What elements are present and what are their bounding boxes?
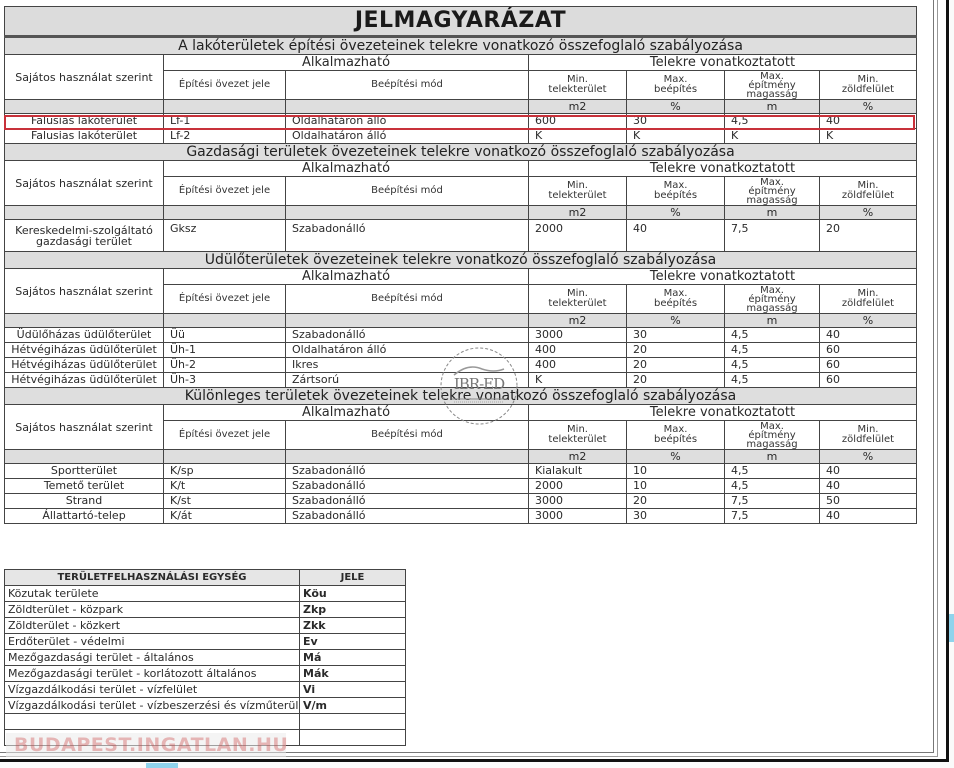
header-own-use-line: Sajátos használat szerint	[15, 285, 152, 298]
cell-max-height: 7,5	[725, 509, 820, 524]
header-min-plot: Min.telekterület	[529, 71, 627, 100]
legend-code	[300, 714, 406, 730]
cell-min-plot: 400	[529, 343, 627, 358]
table-row: Kereskedelmi-szolgáltató gazdasági terül…	[5, 220, 917, 252]
cell-max-build: 20	[627, 358, 725, 373]
cell-max-height: K	[725, 129, 820, 144]
legend-code: V/m	[300, 698, 406, 714]
cell-use: Temető terület	[5, 479, 164, 494]
legend-code: Mák	[300, 666, 406, 682]
legend-unit: Vízgazdálkodási terület - vízfelület	[5, 682, 300, 698]
header-max-height-line: magasság	[746, 439, 797, 450]
legend-code: Köu	[300, 586, 406, 602]
header-plot-related: Telekre vonatkoztatott	[529, 55, 917, 71]
header-max-build: Max.beépítés	[627, 421, 725, 450]
cell-max-build: 40	[627, 220, 725, 252]
legend-row: Zöldterület - közkertZkk	[5, 618, 406, 634]
cell-max-build: 20	[627, 494, 725, 509]
units-blank	[5, 206, 164, 220]
legend-unit: Zöldterület - közkert	[5, 618, 300, 634]
watermark-text: BUDAPEST.INGATLAN.HU	[14, 734, 288, 756]
cell-min-plot: 2000	[529, 479, 627, 494]
legend-code	[300, 730, 406, 746]
header-applicable: Alkalmazható	[164, 161, 529, 177]
cell-use: Strand	[5, 494, 164, 509]
legend-unit: Zöldterület - közpark	[5, 602, 300, 618]
legend-unit: Mezőgazdasági terület - korlátozott álta…	[5, 666, 300, 682]
cell-min-green: 50	[820, 494, 917, 509]
cell-max-build: K	[627, 129, 725, 144]
cell-min-plot: 3000	[529, 494, 627, 509]
cell-min-green: 40	[820, 114, 917, 129]
unit-plot: m2	[529, 100, 627, 114]
cell-use: Sportterület	[5, 464, 164, 479]
map-fragment-blue-bottom	[146, 763, 178, 768]
header-zone-code: Építési övezet jele	[164, 421, 286, 450]
header-own-use-line: Sajátos használat szerint	[15, 177, 152, 190]
header-max-height: Max.építménymagasság	[725, 71, 820, 100]
page-right-strip	[950, 0, 954, 768]
cell-max-build: 30	[627, 114, 725, 129]
cell-min-plot: Kialakult	[529, 464, 627, 479]
units-blank	[164, 206, 286, 220]
header-min-green: Min.zöldfelület	[820, 421, 917, 450]
unit-height: m	[725, 450, 820, 464]
legend-code: Zkp	[300, 602, 406, 618]
units-blank	[164, 314, 286, 328]
table-row: StrandK/stSzabadonálló3000207,550	[5, 494, 917, 509]
legend-header-code: JELE	[300, 570, 406, 586]
cell-min-green: 60	[820, 373, 917, 388]
cell-zone-code: K/st	[164, 494, 286, 509]
cell-min-green: 40	[820, 328, 917, 343]
header-plot-related: Telekre vonatkoztatott	[529, 269, 917, 285]
header-min-green: Min.zöldfelület	[820, 177, 917, 206]
cell-use: Állattartó-telep	[5, 509, 164, 524]
cell-min-green: 20	[820, 220, 917, 252]
header-max-build: Max.beépítés	[627, 285, 725, 314]
cell-use: Hétvégiházas üdülőterület	[5, 343, 164, 358]
table-row: Falusias lakóterületLf-1Oldalhatáron áll…	[5, 114, 917, 129]
header-build-mode: Beépítési mód	[286, 177, 529, 206]
cell-min-plot: 2000	[529, 220, 627, 252]
header-max-build-line: beépítés	[654, 84, 697, 95]
header-own-use: Sajátos használat szerint	[5, 55, 164, 100]
header-own-use-line: Sajátos használat szerint	[15, 71, 152, 84]
unit-plot: m2	[529, 206, 627, 220]
units-blank	[5, 450, 164, 464]
section-title: A lakóterületek építési övezeteinek tele…	[5, 37, 917, 55]
unit-green: %	[820, 450, 917, 464]
unit-build: %	[627, 206, 725, 220]
header-applicable: Alkalmazható	[164, 55, 529, 71]
header-min-plot-line: telekterület	[548, 84, 606, 95]
unit-build: %	[627, 314, 725, 328]
cell-max-build: 20	[627, 373, 725, 388]
cell-max-build: 30	[627, 509, 725, 524]
cell-min-plot: 400	[529, 358, 627, 373]
header-max-build-line: beépítés	[654, 434, 697, 445]
header-min-plot: Min.telekterület	[529, 421, 627, 450]
cell-use: Falusias lakóterület	[5, 114, 164, 129]
header-max-height-line: magasság	[746, 195, 797, 206]
unit-height: m	[725, 206, 820, 220]
cell-min-green: 40	[820, 509, 917, 524]
section-title: Üdülőterületek övezeteinek telekre vonat…	[5, 252, 917, 269]
cell-min-plot: 3000	[529, 509, 627, 524]
legend-code: Ev	[300, 634, 406, 650]
header-max-height-line: magasság	[746, 303, 797, 314]
cell-build-mode: Szabadonálló	[286, 328, 529, 343]
cell-min-plot: K	[529, 373, 627, 388]
units-blank	[286, 100, 529, 114]
legend-unit: Erdőterület - védelmi	[5, 634, 300, 650]
cell-zone-code: Lf-1	[164, 114, 286, 129]
cell-use: Üdülőházas üdülőterület	[5, 328, 164, 343]
legend-unit: Közutak területe	[5, 586, 300, 602]
header-max-height: Max.építménymagasság	[725, 421, 820, 450]
table-row: Temető területK/tSzabadonálló2000104,540	[5, 479, 917, 494]
header-zone-code: Építési övezet jele	[164, 285, 286, 314]
cell-zone-code: K/sp	[164, 464, 286, 479]
table-row: SportterületK/spSzabadonállóKialakult104…	[5, 464, 917, 479]
cell-use: Falusias lakóterület	[5, 129, 164, 144]
cell-max-height: 4,5	[725, 114, 820, 129]
units-blank	[164, 450, 286, 464]
cell-zone-code: Lf-2	[164, 129, 286, 144]
legend-row: Erdőterület - védelmiEv	[5, 634, 406, 650]
header-max-build: Max.beépítés	[627, 71, 725, 100]
header-max-height: Max.építménymagasság	[725, 285, 820, 314]
section-title: Gazdasági területek övezeteinek telekre …	[5, 144, 917, 161]
unit-plot: m2	[529, 450, 627, 464]
watermark: BUDAPEST.INGATLAN.HU	[6, 733, 286, 757]
legend-title: JELMAGYARÁZAT	[5, 7, 917, 37]
cell-min-green: 40	[820, 464, 917, 479]
cell-build-mode: Oldalhatáron álló	[286, 343, 529, 358]
units-blank	[286, 450, 529, 464]
cell-min-green: 60	[820, 358, 917, 373]
header-max-build: Max.beépítés	[627, 177, 725, 206]
cell-zone-code: Üh-1	[164, 343, 286, 358]
header-own-use: Sajátos használat szerint	[5, 161, 164, 206]
header-own-use-line: Sajátos használat szerint	[15, 421, 152, 434]
page-bottom-strip	[0, 762, 954, 768]
legend-row: Mezőgazdasági terület - általánosMá	[5, 650, 406, 666]
units-blank	[286, 206, 529, 220]
legend-code: Vi	[300, 682, 406, 698]
header-plot-related: Telekre vonatkoztatott	[529, 405, 917, 421]
units-blank	[5, 314, 164, 328]
cell-min-green: K	[820, 129, 917, 144]
cell-zone-code: Üh-3	[164, 373, 286, 388]
header-max-height-line: magasság	[746, 89, 797, 100]
legend-header-unit: TERÜLETFELHASZNÁLÁSI EGYSÉG	[5, 570, 300, 586]
header-min-plot-line: telekterület	[548, 190, 606, 201]
cell-build-mode: Szabadonálló	[286, 464, 529, 479]
cell-min-green: 40	[820, 479, 917, 494]
cell-min-plot: K	[529, 129, 627, 144]
unit-height: m	[725, 314, 820, 328]
header-max-height: Max.építménymagasság	[725, 177, 820, 206]
legend-row	[5, 714, 406, 730]
cell-build-mode: Szabadonálló	[286, 494, 529, 509]
table-row: Hétvégiházas üdülőterületÜh-1Oldalhatáro…	[5, 343, 917, 358]
legend-row: Vízgazdálkodási terület - vízbeszerzési …	[5, 698, 406, 714]
cell-max-build: 10	[627, 464, 725, 479]
map-fragment-blue	[949, 614, 954, 642]
legend-code: Zkk	[300, 618, 406, 634]
units-blank	[5, 100, 164, 114]
header-zone-code: Építési övezet jele	[164, 177, 286, 206]
cell-min-green: 60	[820, 343, 917, 358]
header-min-plot-line: telekterület	[548, 434, 606, 445]
cell-use: Hétvégiházas üdülőterület	[5, 358, 164, 373]
header-min-green: Min.zöldfelület	[820, 71, 917, 100]
header-build-mode: Beépítési mód	[286, 285, 529, 314]
legend-row: Közutak területeKöu	[5, 586, 406, 602]
units-blank	[164, 100, 286, 114]
cell-build-mode: Zártsorú	[286, 373, 529, 388]
cell-build-mode: Szabadonálló	[286, 220, 529, 252]
table-row: Falusias lakóterületLf-2Oldalhatáron áll…	[5, 129, 917, 144]
cell-zone-code: Gksz	[164, 220, 286, 252]
header-applicable: Alkalmazható	[164, 405, 529, 421]
land-use-legend-table: TERÜLETFELHASZNÁLÁSI EGYSÉG JELE Közutak…	[4, 569, 406, 746]
cell-max-build: 10	[627, 479, 725, 494]
header-own-use: Sajátos használat szerint	[5, 405, 164, 450]
header-build-mode: Beépítési mód	[286, 421, 529, 450]
cell-zone-code: K/t	[164, 479, 286, 494]
cell-build-mode: Oldalhatáron álló	[286, 129, 529, 144]
cell-max-height: 4,5	[725, 373, 820, 388]
header-applicable: Alkalmazható	[164, 269, 529, 285]
cell-build-mode: Ikres	[286, 358, 529, 373]
unit-plot: m2	[529, 314, 627, 328]
cell-max-height: 4,5	[725, 328, 820, 343]
table-row: Hétvégiházas üdülőterületÜh-3ZártsorúK20…	[5, 373, 917, 388]
legend-unit: Mezőgazdasági terület - általános	[5, 650, 300, 666]
unit-green: %	[820, 206, 917, 220]
table-row: Üdülőházas üdülőterületÜüSzabadonálló300…	[5, 328, 917, 343]
cell-zone-code: Üh-2	[164, 358, 286, 373]
header-build-mode: Beépítési mód	[286, 71, 529, 100]
table-row: Állattartó-telepK/átSzabadonálló3000307,…	[5, 509, 917, 524]
cell-max-height: 4,5	[725, 358, 820, 373]
header-min-green: Min.zöldfelület	[820, 285, 917, 314]
legend-code: Má	[300, 650, 406, 666]
cell-zone-code: K/át	[164, 509, 286, 524]
header-min-green-line: zöldfelület	[842, 84, 894, 95]
header-max-build-line: beépítés	[654, 190, 697, 201]
cell-build-mode: Oldalhatáron álló	[286, 114, 529, 129]
zoning-regulation-table: JELMAGYARÁZAT A lakóterületek építési öv…	[4, 6, 917, 524]
legend-row: Zöldterület - közparkZkp	[5, 602, 406, 618]
cell-min-plot: 3000	[529, 328, 627, 343]
legend-row: Mezőgazdasági terület - korlátozott álta…	[5, 666, 406, 682]
header-min-green-line: zöldfelület	[842, 434, 894, 445]
cell-max-height: 4,5	[725, 479, 820, 494]
header-min-green-line: zöldfelület	[842, 190, 894, 201]
cell-zone-code: Üü	[164, 328, 286, 343]
header-min-green-line: zöldfelület	[842, 298, 894, 309]
units-blank	[286, 314, 529, 328]
cell-build-mode: Szabadonálló	[286, 509, 529, 524]
cell-max-build: 30	[627, 328, 725, 343]
header-min-plot: Min.telekterület	[529, 285, 627, 314]
cell-build-mode: Szabadonálló	[286, 479, 529, 494]
header-own-use: Sajátos használat szerint	[5, 269, 164, 314]
header-min-plot: Min.telekterület	[529, 177, 627, 206]
cell-max-height: 7,5	[725, 220, 820, 252]
cell-max-build: 20	[627, 343, 725, 358]
legend-row: Vízgazdálkodási terület - vízfelületVi	[5, 682, 406, 698]
unit-height: m	[725, 100, 820, 114]
cell-max-height: 4,5	[725, 343, 820, 358]
header-zone-code: Építési övezet jele	[164, 71, 286, 100]
unit-green: %	[820, 314, 917, 328]
cell-max-height: 7,5	[725, 494, 820, 509]
section-title: Különleges területek övezeteinek telekre…	[5, 388, 917, 405]
legend-unit	[5, 714, 300, 730]
unit-build: %	[627, 450, 725, 464]
header-max-build-line: beépítés	[654, 298, 697, 309]
cell-use: Kereskedelmi-szolgáltató gazdasági terül…	[5, 220, 164, 252]
cell-use: Hétvégiházas üdülőterület	[5, 373, 164, 388]
cell-min-plot: 600	[529, 114, 627, 129]
unit-green: %	[820, 100, 917, 114]
legend-unit: Vízgazdálkodási terület - vízbeszerzési …	[5, 698, 300, 714]
unit-build: %	[627, 100, 725, 114]
cell-max-height: 4,5	[725, 464, 820, 479]
header-plot-related: Telekre vonatkoztatott	[529, 161, 917, 177]
table-row: Hétvégiházas üdülőterületÜh-2Ikres400204…	[5, 358, 917, 373]
header-min-plot-line: telekterület	[548, 298, 606, 309]
